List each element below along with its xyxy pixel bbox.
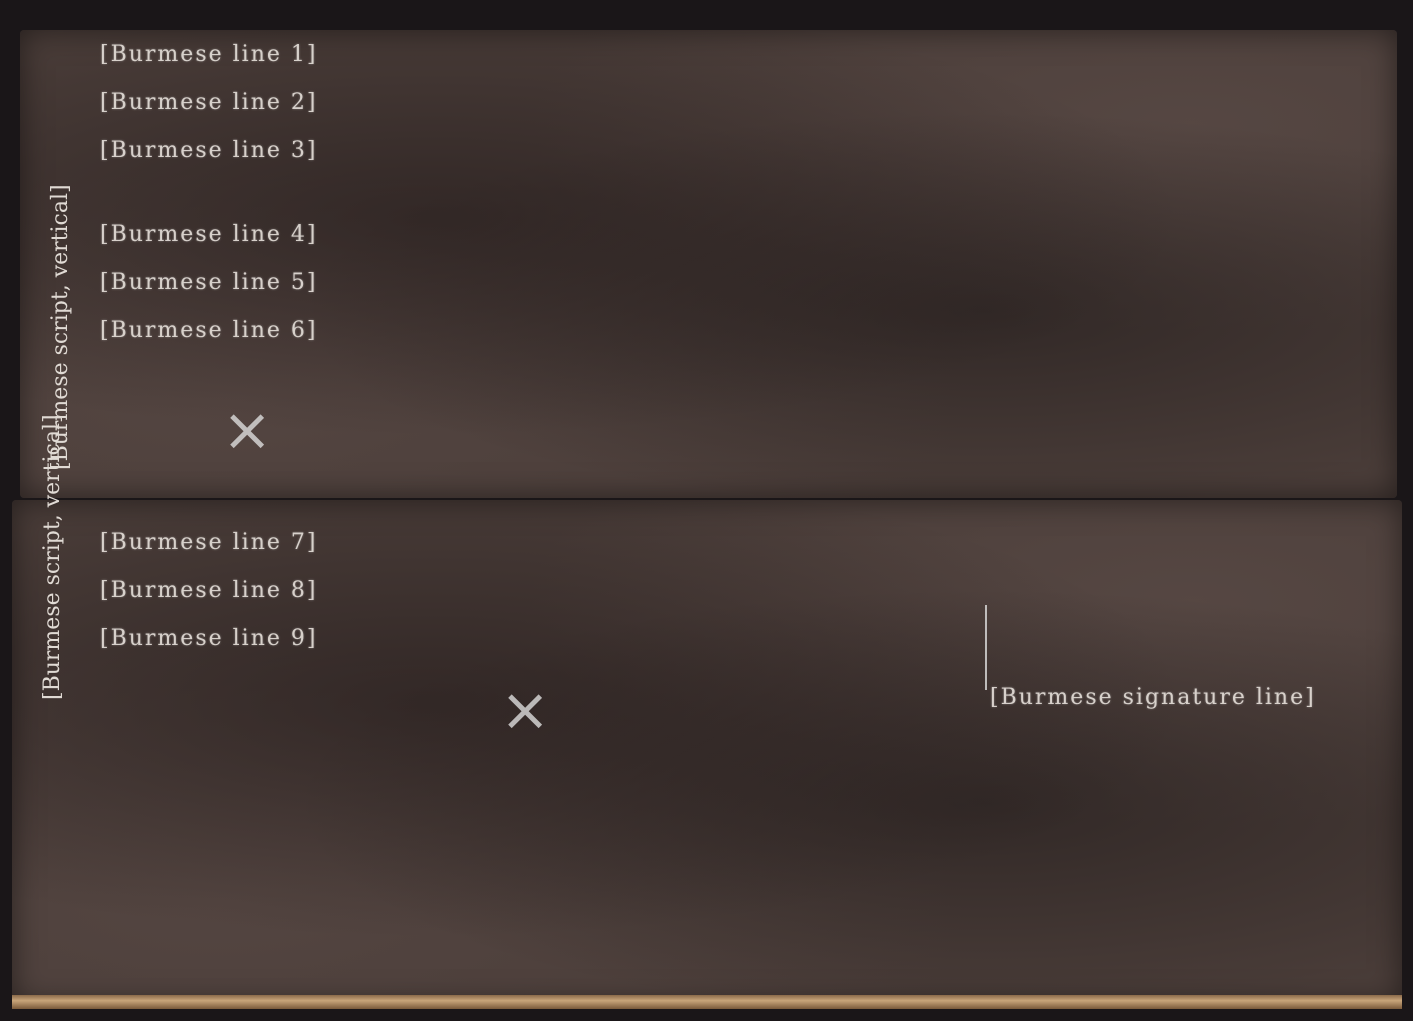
- signature-rule: [985, 605, 987, 690]
- text-line: [Burmese line 6]: [100, 318, 317, 343]
- text-line: [Burmese line 5]: [100, 270, 317, 295]
- text-line: [Burmese line 4]: [100, 222, 317, 247]
- text-line: [Burmese line 3]: [100, 138, 317, 163]
- text-line: [Burmese line 2]: [100, 90, 317, 115]
- cross-mark: ×: [222, 395, 272, 465]
- cross-mark: ×: [500, 675, 550, 745]
- page-edge: [12, 995, 1402, 1009]
- text-line: [Burmese line 1]: [100, 42, 317, 67]
- text-line: [Burmese line 8]: [100, 578, 317, 603]
- signature-line: [Burmese signature line]: [990, 685, 1316, 710]
- bottom-margin-text: [Burmese script, vertical]: [40, 414, 65, 700]
- text-line: [Burmese line 7]: [100, 530, 317, 555]
- bottom-page-panel: [12, 500, 1402, 1005]
- text-line: [Burmese line 9]: [100, 626, 317, 651]
